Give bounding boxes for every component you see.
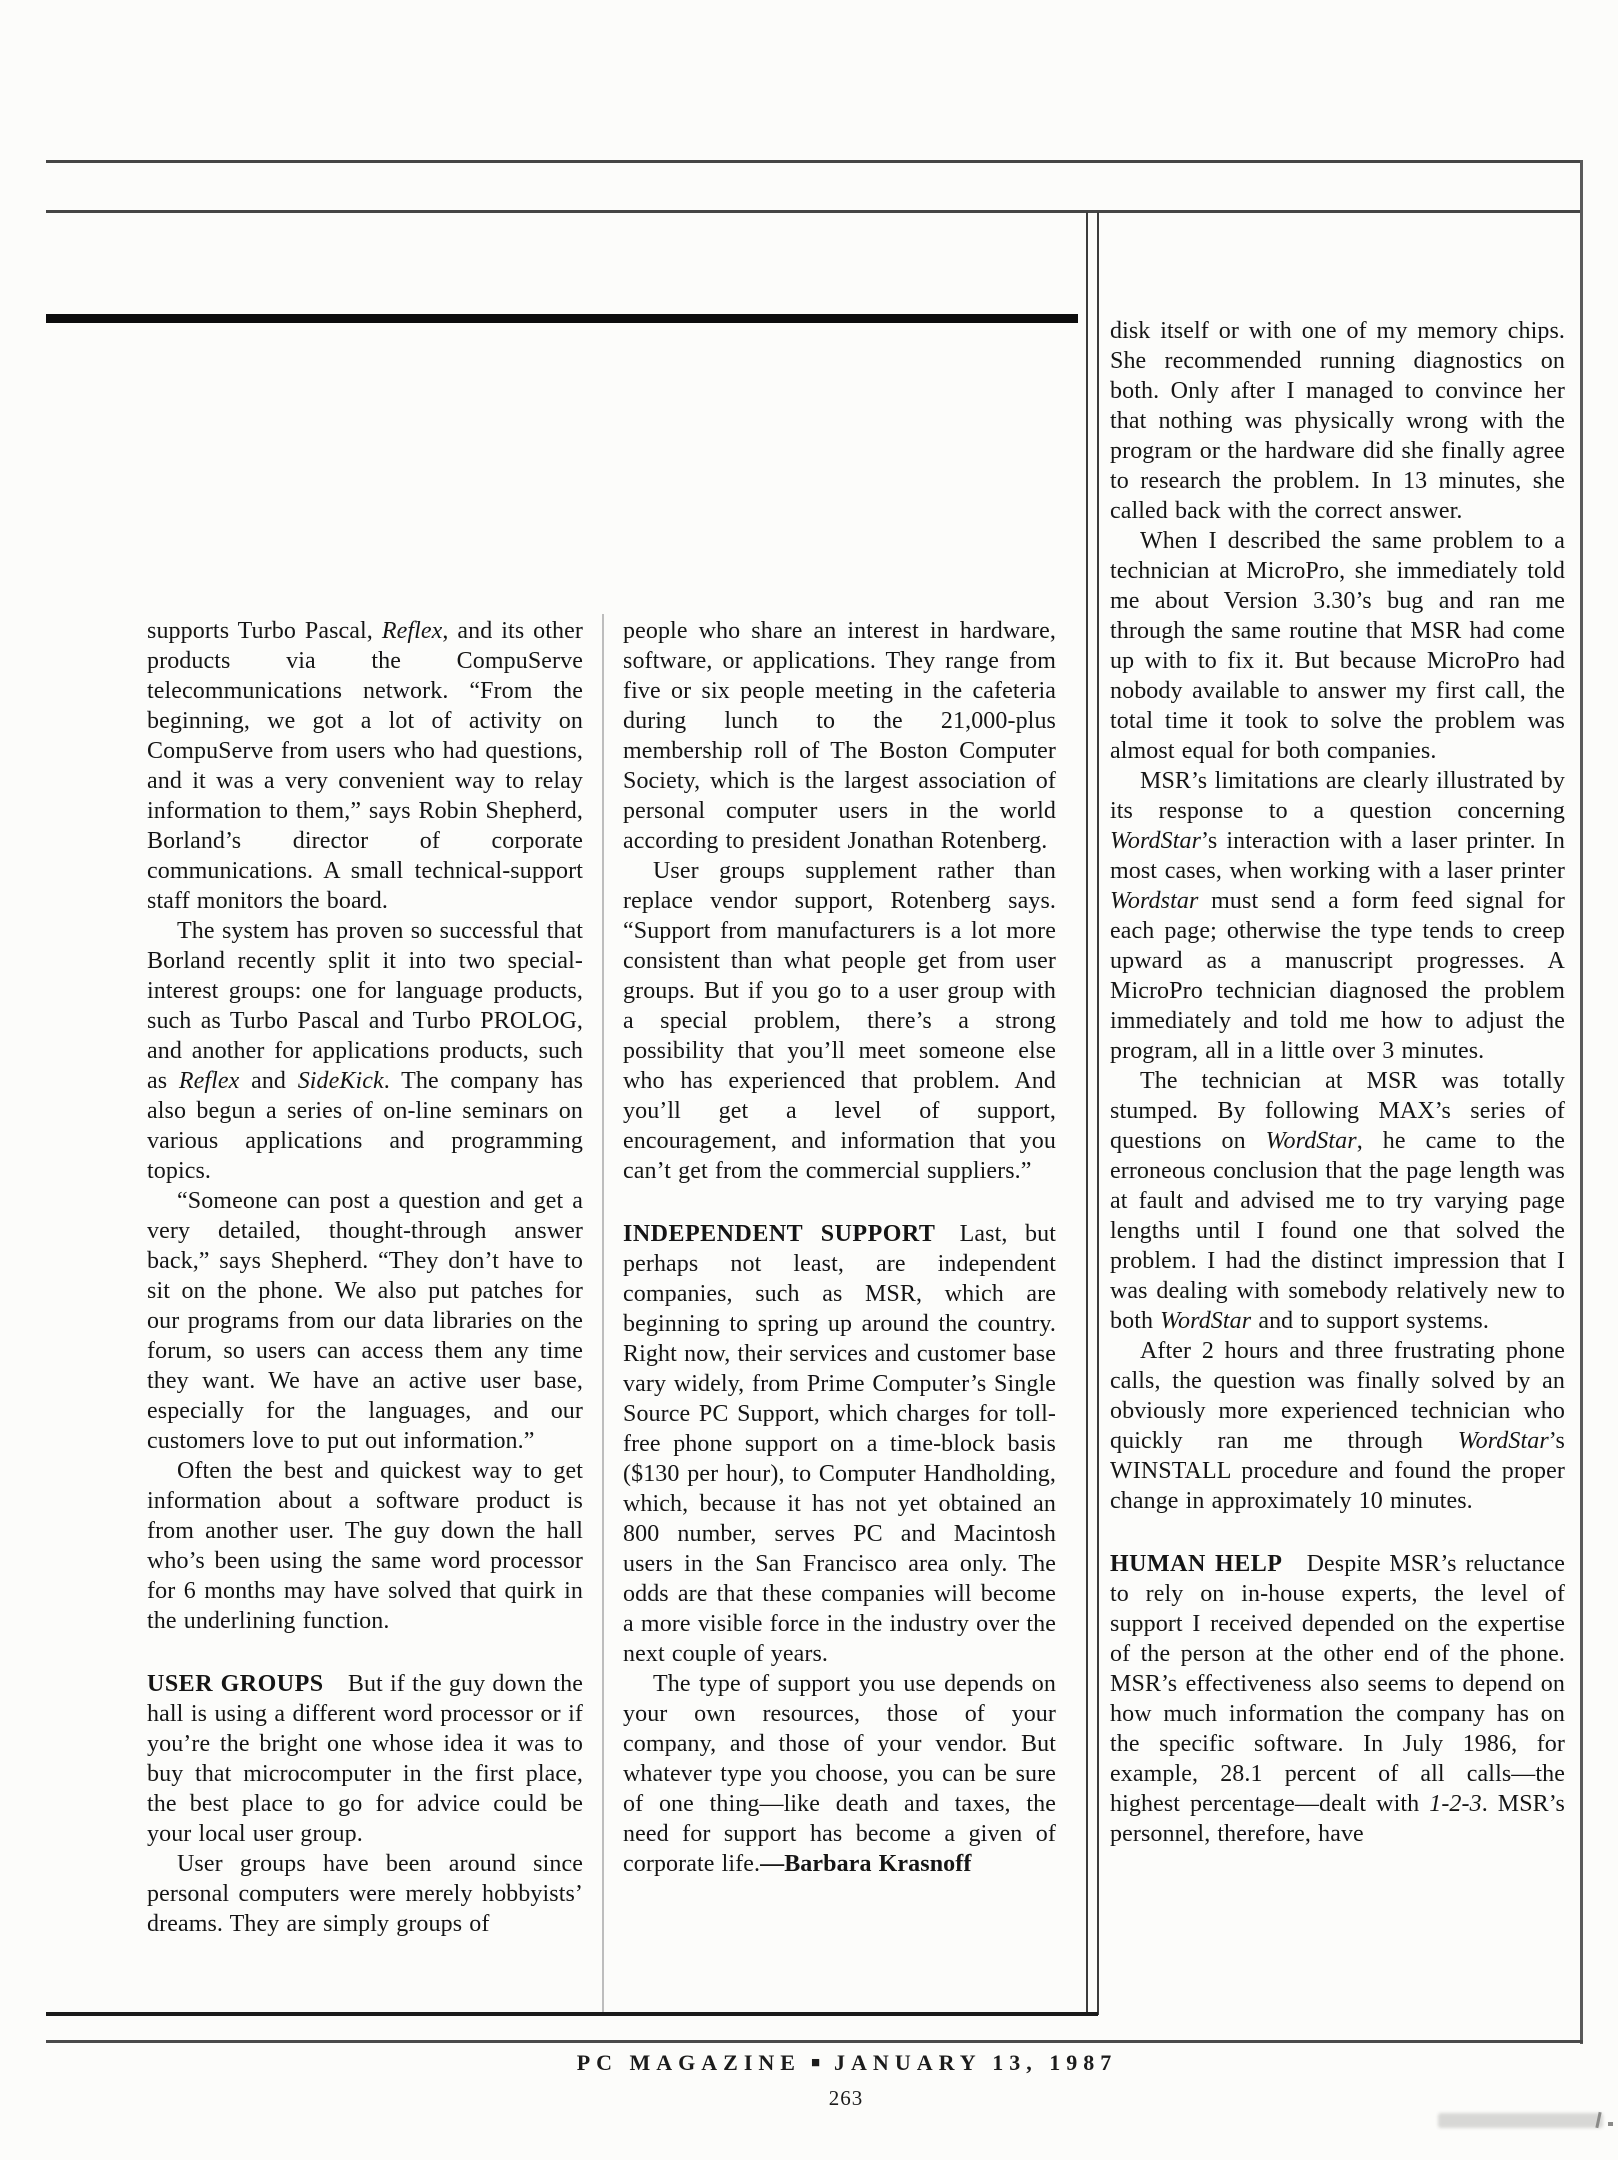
- text-run: But if the guy down the hall is using a …: [147, 1671, 583, 1847]
- text-run: The type of support you use depends on y…: [623, 1671, 1056, 1877]
- text-run: , he came to the erroneous conclusion th…: [1110, 1128, 1565, 1334]
- body-paragraph: MSR’s limitations are clearly illustrate…: [1110, 766, 1565, 1066]
- text-run: WordStar: [1160, 1308, 1251, 1334]
- text-run: Despite MSR’s reluctance to rely on in-h…: [1110, 1551, 1565, 1817]
- column-divider-outer: [1086, 212, 1088, 2015]
- top-rule-upper: [46, 160, 1583, 163]
- body-paragraph: disk itself or with one of my memory chi…: [1110, 316, 1565, 526]
- text-run: MSR’s limitations are clearly illustrate…: [1110, 768, 1565, 824]
- column-divider-faint: [602, 614, 604, 2014]
- text-run: , and its other products via the CompuSe…: [147, 618, 583, 914]
- body-paragraph: “Someone can post a question and get a v…: [147, 1186, 583, 1456]
- footer-magazine-name: PC MAGAZINE: [577, 2050, 801, 2075]
- text-run: Reflex: [179, 1068, 240, 1094]
- body-paragraph: Often the best and quickest way to get i…: [147, 1456, 583, 1636]
- text-run: Wordstar: [1110, 888, 1198, 914]
- body-paragraph: The type of support you use depends on y…: [623, 1669, 1056, 1879]
- text-column-1: supports Turbo Pascal, Reflex, and its o…: [147, 616, 583, 1939]
- text-run: SideKick: [298, 1068, 384, 1094]
- section-heading: INDEPENDENT SUPPORT: [623, 1221, 935, 1247]
- text-run: WordStar: [1458, 1428, 1549, 1454]
- text-run: people who share an interest in hardware…: [623, 618, 1056, 854]
- text-run: User groups have been around since perso…: [147, 1851, 583, 1937]
- right-page-border: [1580, 160, 1583, 2044]
- text-run: WordStar: [1266, 1128, 1357, 1154]
- text-run: When I described the same problem to a t…: [1110, 528, 1565, 764]
- text-run: WordStar: [1110, 828, 1201, 854]
- text-run: supports Turbo Pascal,: [147, 618, 382, 644]
- section-paragraph: USER GROUPS But if the guy down the hall…: [147, 1669, 583, 1849]
- body-paragraph: After 2 hours and three frustrating phon…: [1110, 1336, 1565, 1516]
- byline: —Barbara Krasnoff: [760, 1851, 971, 1877]
- text-run: disk itself or with one of my memory chi…: [1110, 318, 1565, 524]
- footer-bullet-icon: ■: [811, 2055, 820, 2072]
- body-paragraph: User groups have been around since perso…: [147, 1849, 583, 1939]
- article-top-bar: [46, 314, 1078, 323]
- text-run: Reflex: [382, 618, 443, 644]
- body-paragraph: User groups supplement rather than repla…: [623, 856, 1056, 1186]
- columns-bottom-rule: [46, 2012, 1098, 2016]
- text-run: must send a form feed signal for each pa…: [1110, 888, 1565, 1064]
- body-paragraph: supports Turbo Pascal, Reflex, and its o…: [147, 616, 583, 916]
- scan-smudge: [1438, 2113, 1603, 2128]
- text-column-2: people who share an interest in hardware…: [623, 616, 1056, 1879]
- magazine-page: supports Turbo Pascal, Reflex, and its o…: [0, 0, 1618, 2160]
- body-paragraph: The technician at MSR was totally stumpe…: [1110, 1066, 1565, 1336]
- page-bottom-rule: [46, 2040, 1583, 2043]
- body-paragraph: The system has proven so successful that…: [147, 916, 583, 1186]
- footer-issue-date: JANUARY 13, 1987: [834, 2050, 1117, 2075]
- text-run: 1-2-3: [1429, 1791, 1481, 1817]
- text-run: and to support systems.: [1251, 1308, 1489, 1334]
- text-run: “Someone can post a question and get a v…: [147, 1188, 583, 1454]
- column-divider-inner: [1097, 212, 1099, 2015]
- text-run: Last, but perhaps not least, are indepen…: [623, 1221, 1056, 1667]
- section-heading: USER GROUPS: [147, 1671, 324, 1697]
- text-run: and: [239, 1068, 297, 1094]
- page-number: 263: [829, 2086, 864, 2111]
- body-paragraph: people who share an interest in hardware…: [623, 616, 1056, 856]
- footer-running-title: PC MAGAZINE■JANUARY 13, 1987: [577, 2050, 1118, 2076]
- scan-dot: [1608, 2122, 1613, 2126]
- top-rule-lower: [46, 210, 1583, 213]
- text-column-3: disk itself or with one of my memory chi…: [1110, 316, 1565, 1849]
- section-paragraph: HUMAN HELP Despite MSR’s reluctance to r…: [1110, 1549, 1565, 1849]
- section-heading: HUMAN HELP: [1110, 1551, 1282, 1577]
- text-run: Often the best and quickest way to get i…: [147, 1458, 583, 1634]
- body-paragraph: When I described the same problem to a t…: [1110, 526, 1565, 766]
- section-paragraph: INDEPENDENT SUPPORT Last, but perhaps no…: [623, 1219, 1056, 1669]
- text-run: User groups supplement rather than repla…: [623, 858, 1056, 1184]
